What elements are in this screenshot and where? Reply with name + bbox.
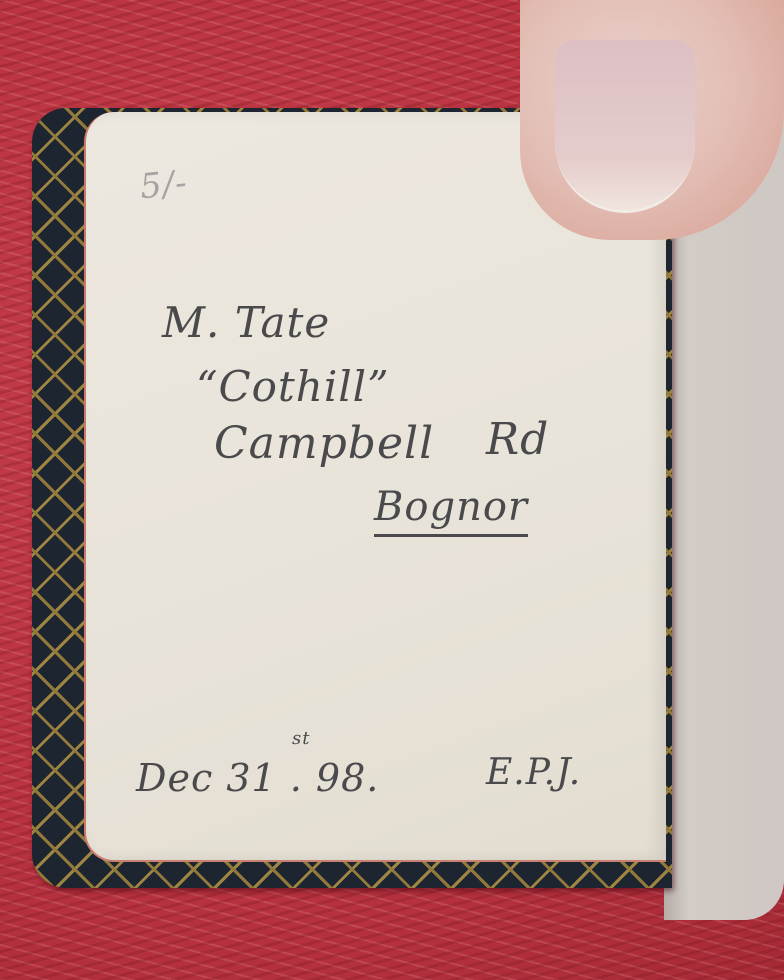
thumbnail-nail bbox=[555, 40, 695, 213]
address-house: “Cothill” bbox=[196, 362, 390, 411]
address-street: Campbell bbox=[214, 418, 434, 469]
date-superscript: st bbox=[292, 728, 310, 749]
address-name: M. Tate bbox=[162, 298, 330, 347]
pencil-price-mark: 5/- bbox=[138, 163, 189, 208]
address-street-suffix: Rd bbox=[486, 414, 549, 465]
signature-initials: E.P.J. bbox=[486, 752, 581, 793]
date: Dec 31 . 98. bbox=[136, 756, 379, 800]
address-town: Bognor bbox=[374, 484, 528, 537]
